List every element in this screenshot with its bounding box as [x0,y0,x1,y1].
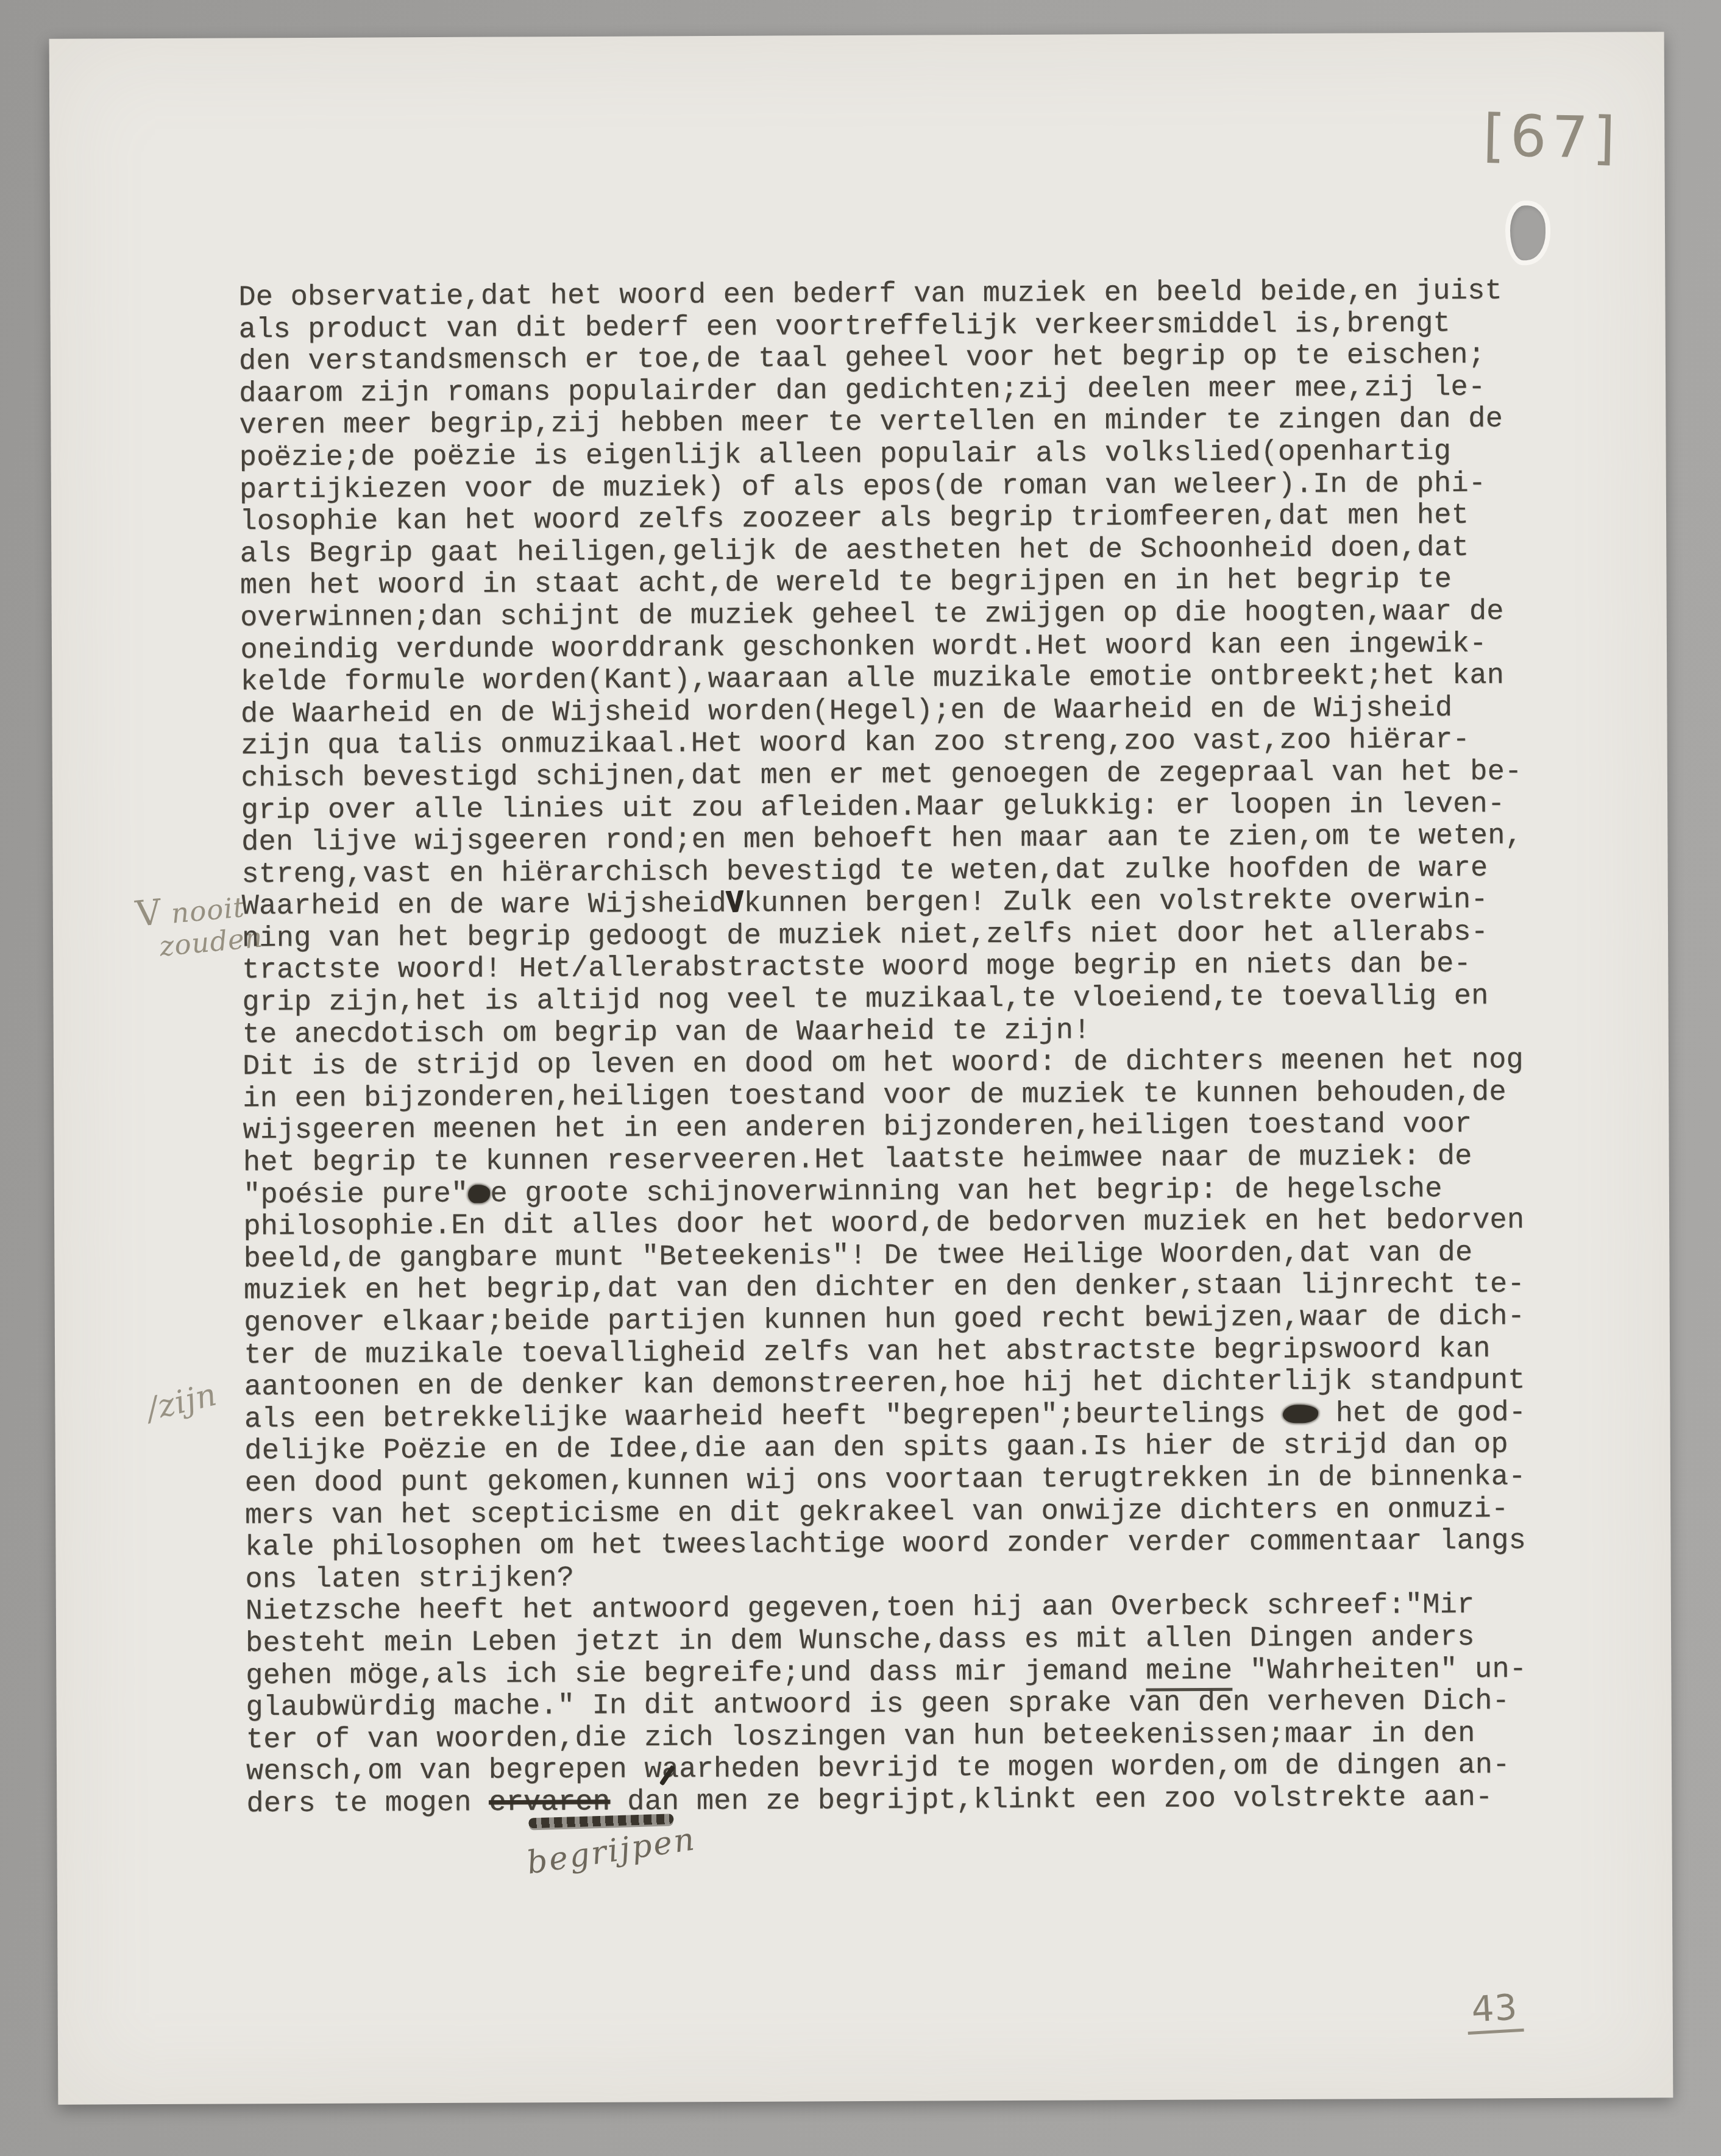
struck-word: ervaren [489,1786,610,1819]
text-segment: kunnen bergen! Zulk een volstrekte overw… [743,884,1488,920]
pencil-folio-number: [67] [1482,103,1620,172]
text-segment: als een betrekkelijke waarheid heeft "be… [244,1398,1283,1436]
typescript-line: grip zijn,het is altijd nog veel te muzi… [242,980,1540,1019]
ink-blot [468,1185,490,1203]
text-segment: dan men ze begrijpt,klinkt een zoo volst… [610,1782,1493,1819]
text-segment: Waarheid en de ware Wijsheid [241,888,726,923]
text-segment: ders te mogen [246,1787,489,1820]
insertion-mark: V [726,887,745,923]
pencil-page-number: 43 [1466,1986,1524,2035]
manuscript-page: [67] V nooit zouden /zijn De observatie,… [49,32,1673,2105]
margin-note-zijn: /zijn [143,1376,221,1428]
handwritten-correction-begrijpen: begrijpen [525,1821,698,1881]
text-segment: gehen möge,als ich sie begreife;und dass… [246,1655,1146,1692]
paper-hole [1510,205,1545,260]
caret-v-mark: V [134,891,164,935]
text-segment: "Wahrheiten" un- [1232,1653,1527,1687]
scanned-document-photo: { "document": { "description": "Typewrit… [0,0,1721,2156]
typescript-line: ders te mogen ervaren dan men ze begrijp… [246,1782,1544,1821]
text-segment: e groote schijnoverwinning van het begri… [490,1173,1442,1210]
text-segment: "poésie pure" [243,1178,469,1211]
underlined-word: meine [1146,1654,1232,1691]
typescript-text: De observatie,dat het woord een bederf v… [238,275,1544,1821]
ink-blot [1283,1405,1318,1423]
text-segment: het de god- [1318,1397,1526,1430]
typescript-line: kale philosophen om het tweeslachtige wo… [245,1525,1543,1564]
